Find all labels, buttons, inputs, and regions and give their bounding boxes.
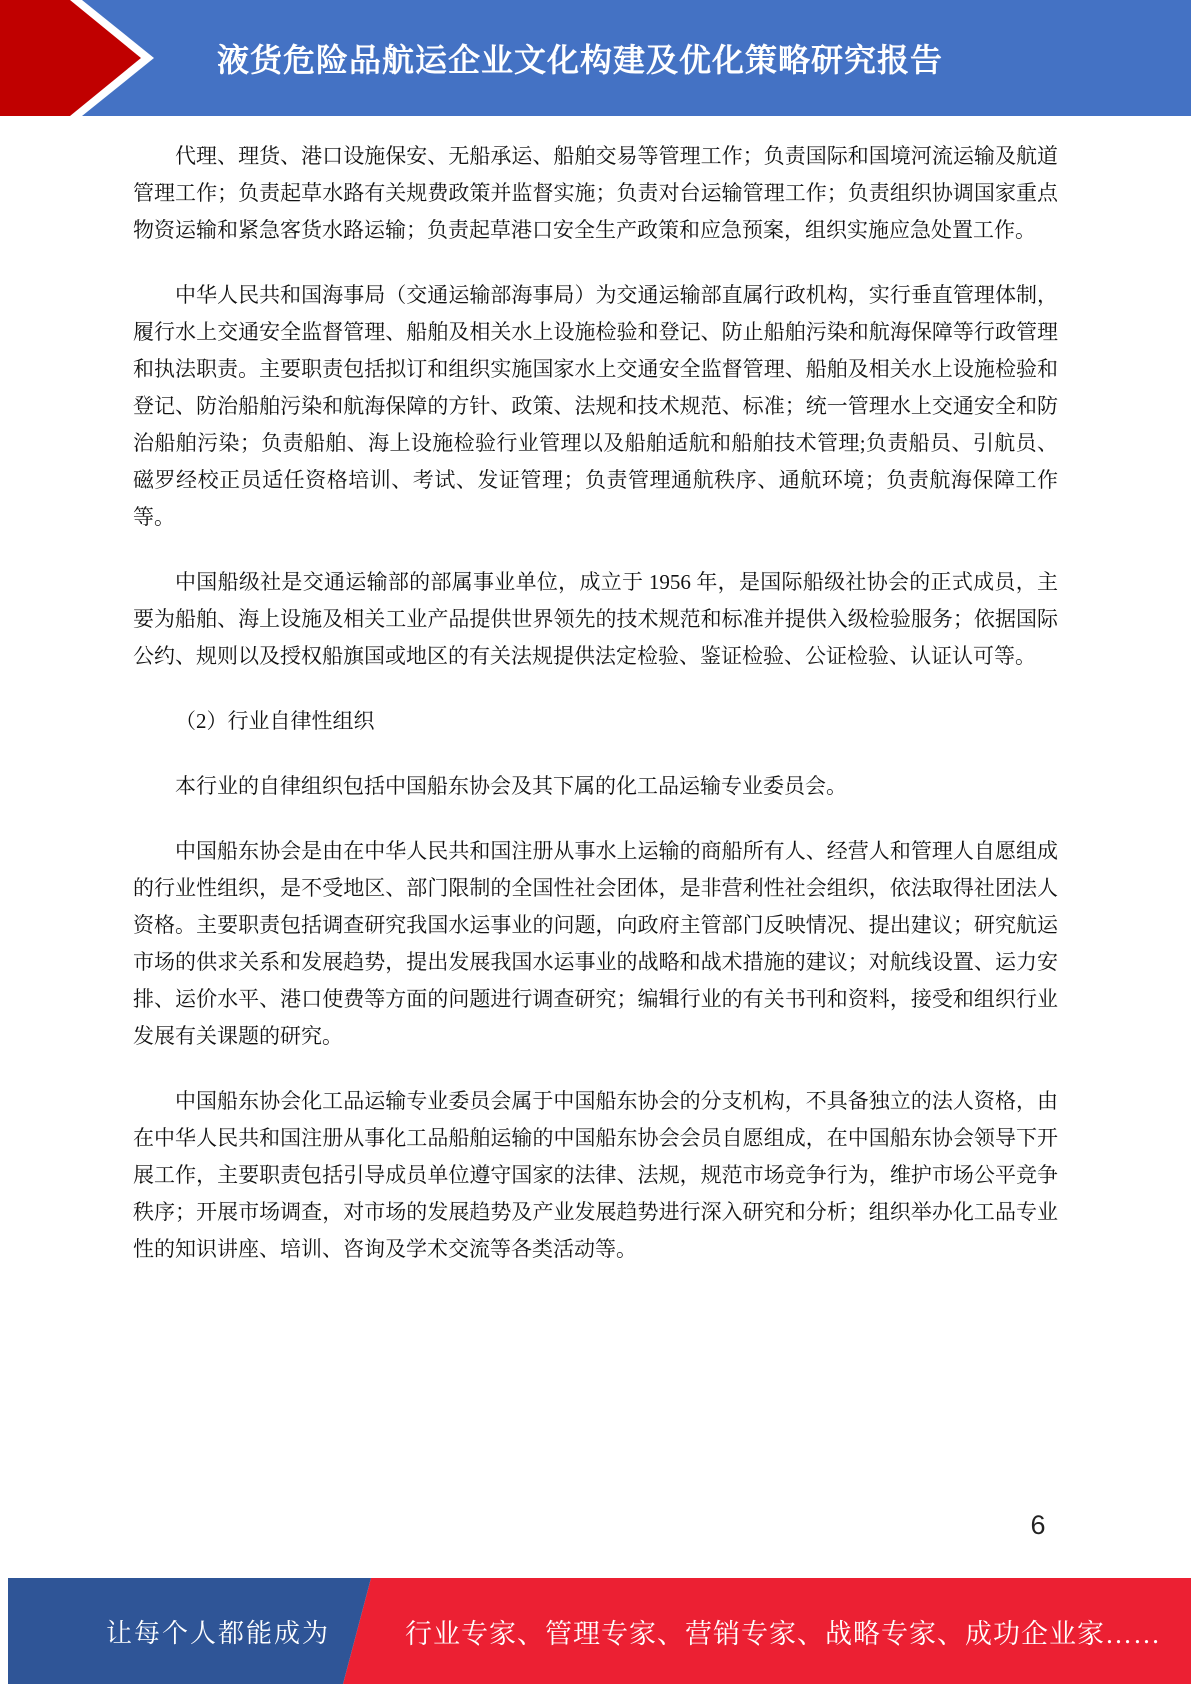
footer-slogan-left: 让每个人都能成为	[30, 1578, 330, 1684]
paragraph: （2）行业自律性组织	[133, 703, 1058, 740]
footer-banner: 让每个人都能成为 行业专家、管理专家、营销专家、战略专家、成功企业家……	[0, 1578, 1191, 1684]
paragraph: 中国船东协会是由在中华人民共和国注册从事水上运输的商船所有人、经营人和管理人自愿…	[133, 833, 1058, 1055]
page-title: 液货危险品航运企业文化构建及优化策略研究报告	[180, 0, 980, 116]
paragraph: 代理、理货、港口设施保安、无船承运、船舶交易等管理工作；负责国际和国境河流运输及…	[133, 138, 1058, 249]
paragraph: 本行业的自律组织包括中国船东协会及其下属的化工品运输专业委员会。	[133, 768, 1058, 805]
header-banner: 液货危险品航运企业文化构建及优化策略研究报告	[0, 0, 1191, 116]
chevron-right-icon	[0, 0, 170, 116]
paragraph: 中华人民共和国海事局（交通运输部海事局）为交通运输部直属行政机构，实行垂直管理体…	[133, 277, 1058, 536]
paragraph: 中国船级社是交通运输部的部属事业单位，成立于 1956 年，是国际船级社协会的正…	[133, 564, 1058, 675]
footer-slogan-right: 行业专家、管理专家、营销专家、战略专家、成功企业家……	[405, 1578, 1165, 1684]
document-page: 液货危险品航运企业文化构建及优化策略研究报告 代理、理货、港口设施保安、无船承运…	[0, 0, 1191, 1684]
paragraph: 中国船东协会化工品运输专业委员会属于中国船东协会的分支机构，不具备独立的法人资格…	[133, 1083, 1058, 1268]
body-paragraphs: 代理、理货、港口设施保安、无船承运、船舶交易等管理工作；负责国际和国境河流运输及…	[133, 138, 1058, 1296]
page-number: 6	[1008, 1510, 1068, 1541]
